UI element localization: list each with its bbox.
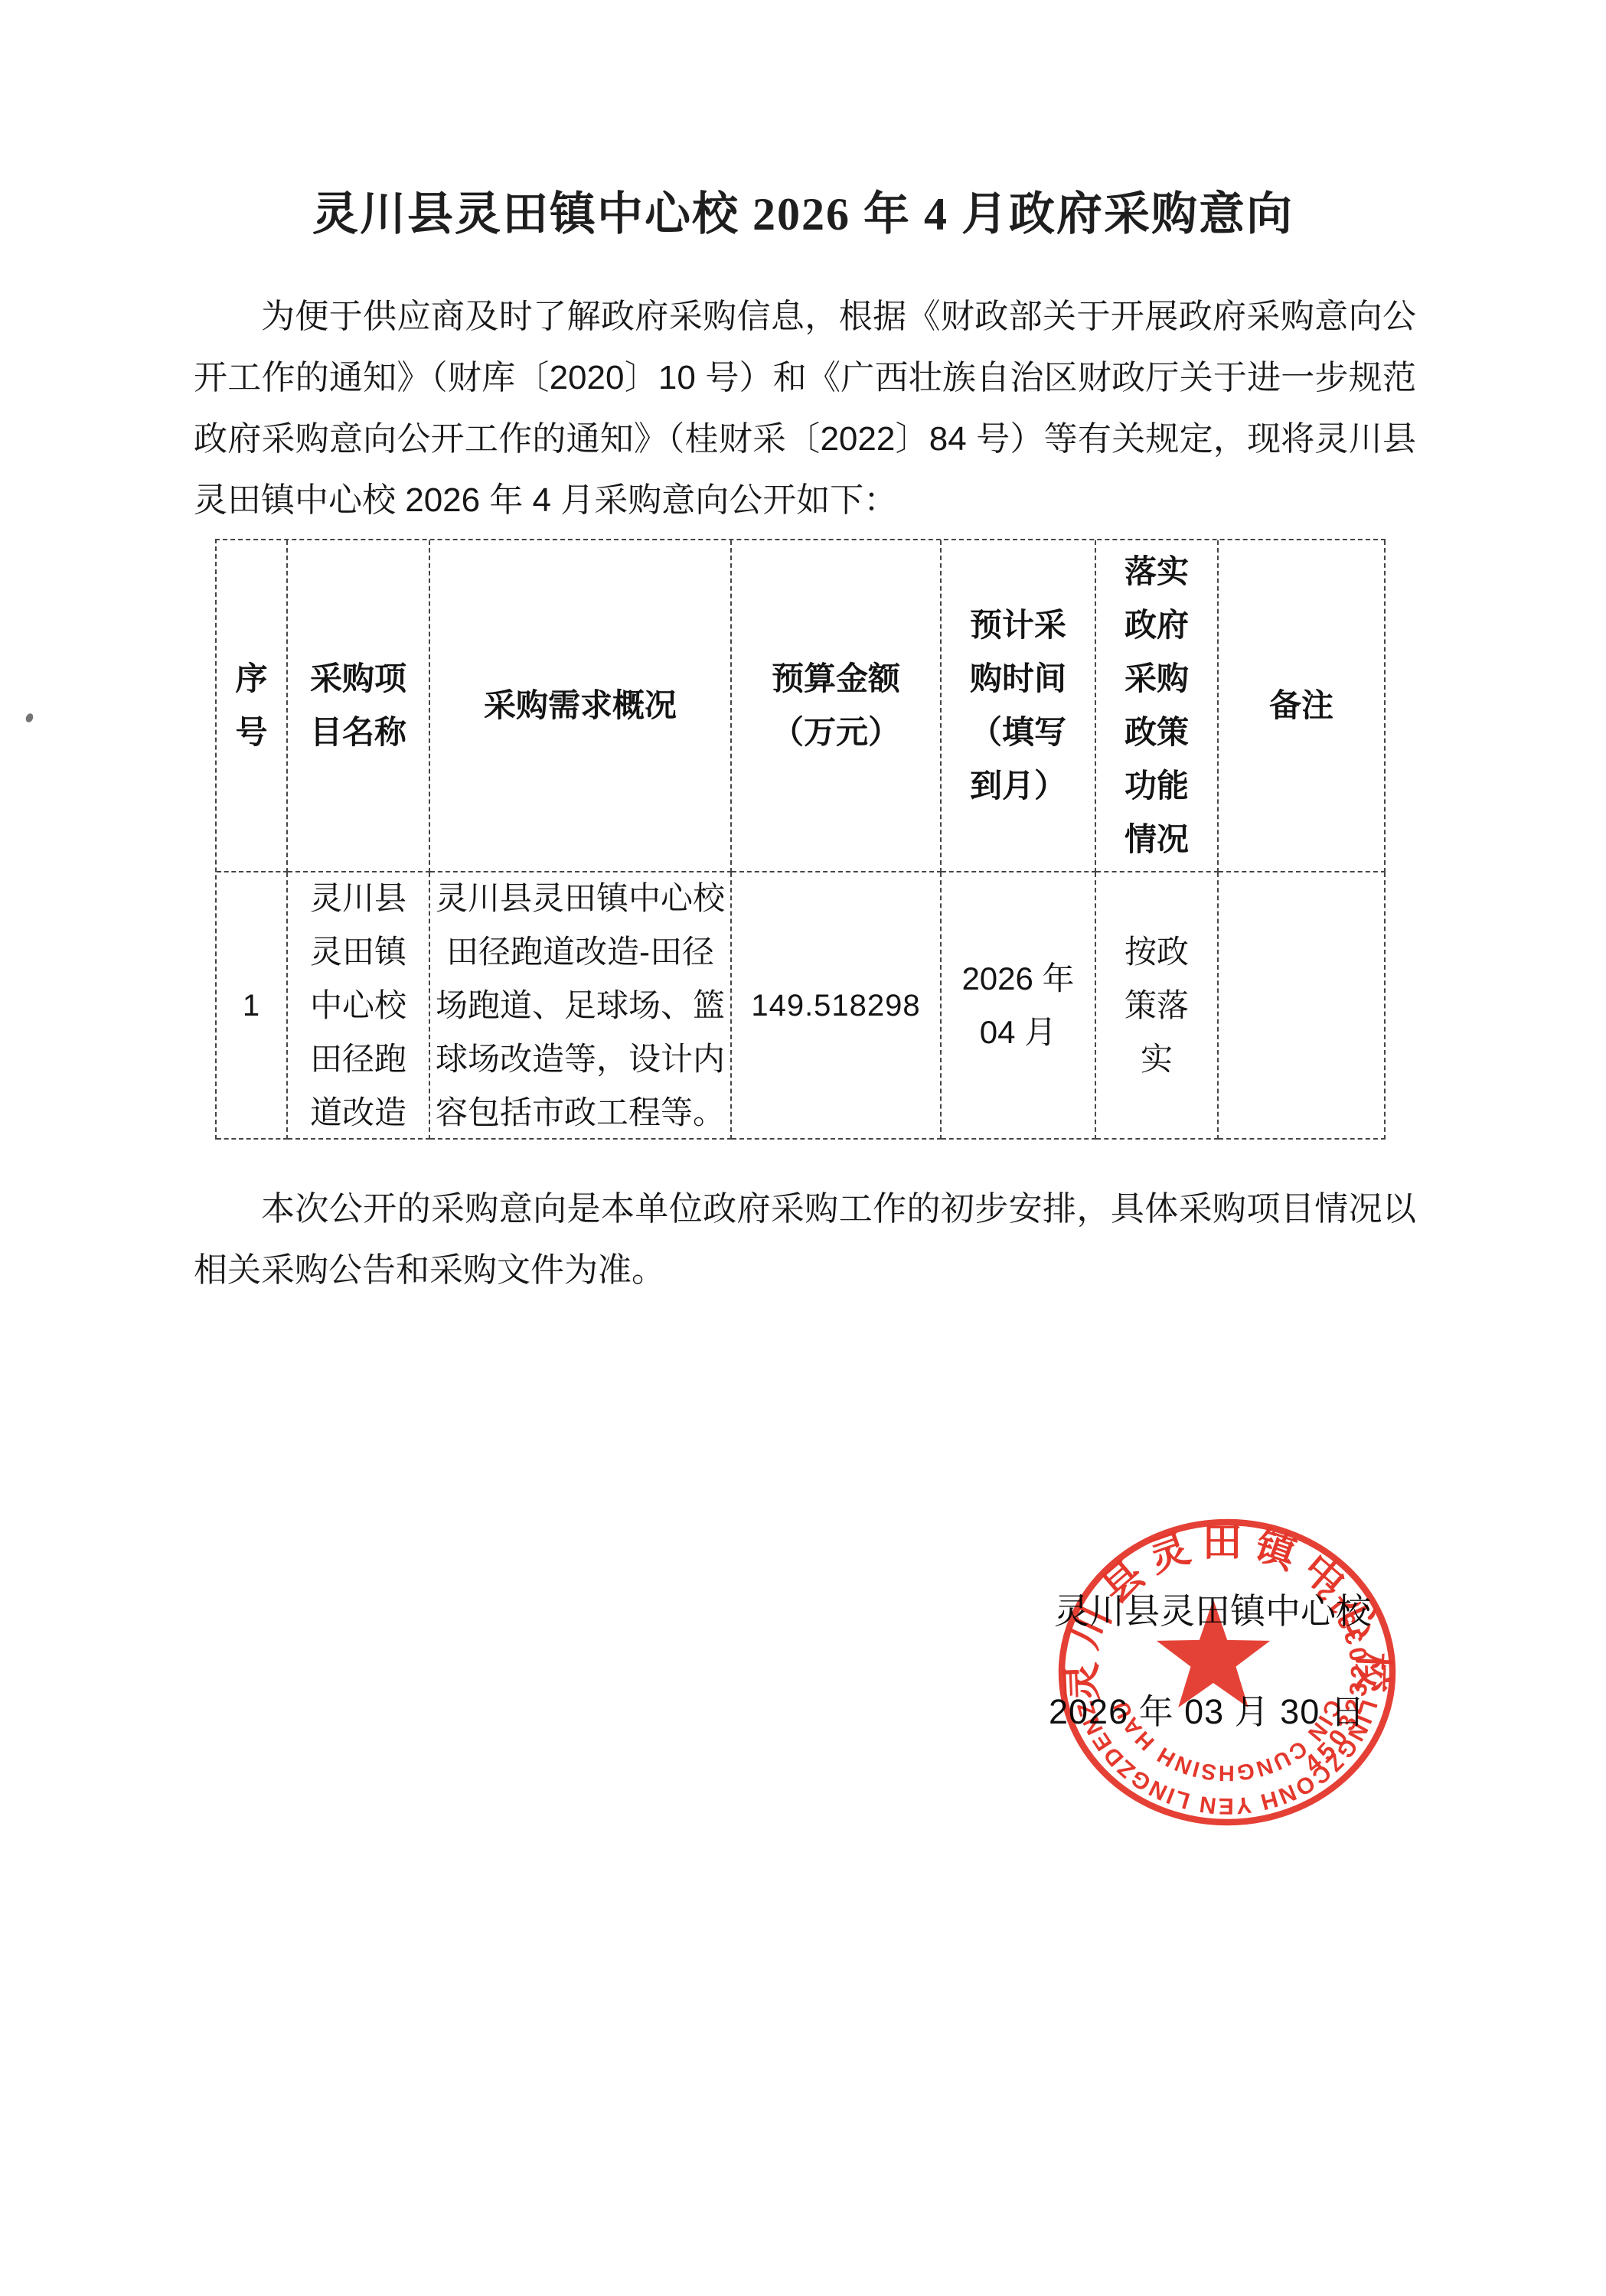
official-seal-stamp: 灵川县灵田镇中心校 LINGZCONH YEN LINGZDENZ CIN CU… bbox=[1047, 1506, 1404, 1835]
closing-paragraph: 本次公开的采购意向是本单位政府采购工作的初步安排，具体采购项目情况以相关采购公告… bbox=[194, 1179, 1416, 1301]
procurement-intent-table: 序 号 采购项 目名称 采购需求概况 预算金额 （万元） 预计采 购时间 （填写… bbox=[215, 539, 1386, 1140]
table-header-remark: 备注 bbox=[1219, 540, 1386, 872]
table-header-policy: 落实 政府 采购 政策 功能 情况 bbox=[1096, 540, 1219, 872]
table-cell-time: 2026 年 04 月 bbox=[942, 872, 1096, 1140]
table-cell-policy: 按政 策落 实 bbox=[1096, 872, 1219, 1140]
document-page: 灵川县灵田镇中心校 2026 年 4 月政府采购意向 为便于供应商及时了解政府采… bbox=[0, 0, 1606, 2296]
table-cell-seq: 1 bbox=[217, 872, 288, 1140]
table-header-seq: 序 号 bbox=[217, 540, 288, 872]
table-cell-remark bbox=[1219, 872, 1386, 1140]
table-header-project: 采购项 目名称 bbox=[288, 540, 430, 872]
table-header-budget: 预算金额 （万元） bbox=[732, 540, 942, 872]
table-header-overview: 采购需求概况 bbox=[430, 540, 732, 872]
table-cell-project: 灵川县 灵田镇 中心校 田径跑 道改造 bbox=[288, 872, 430, 1140]
stamp-star bbox=[1157, 1600, 1270, 1707]
scan-speck-artifact bbox=[24, 713, 34, 724]
table-cell-overview: 灵川县灵田镇中心校 田径跑道改造-田径 场跑道、足球场、篮 球场改造等，设计内 … bbox=[430, 872, 732, 1140]
document-title: 灵川县灵田镇中心校 2026 年 4 月政府采购意向 bbox=[0, 189, 1606, 240]
table-header-time: 预计采 购时间 （填写 到月） bbox=[942, 540, 1096, 872]
intro-paragraph: 为便于供应商及时了解政府采购信息，根据《财政部关于开展政府采购意向公开工作的通知… bbox=[194, 286, 1416, 531]
table-cell-budget: 149.518298 bbox=[732, 872, 942, 1140]
